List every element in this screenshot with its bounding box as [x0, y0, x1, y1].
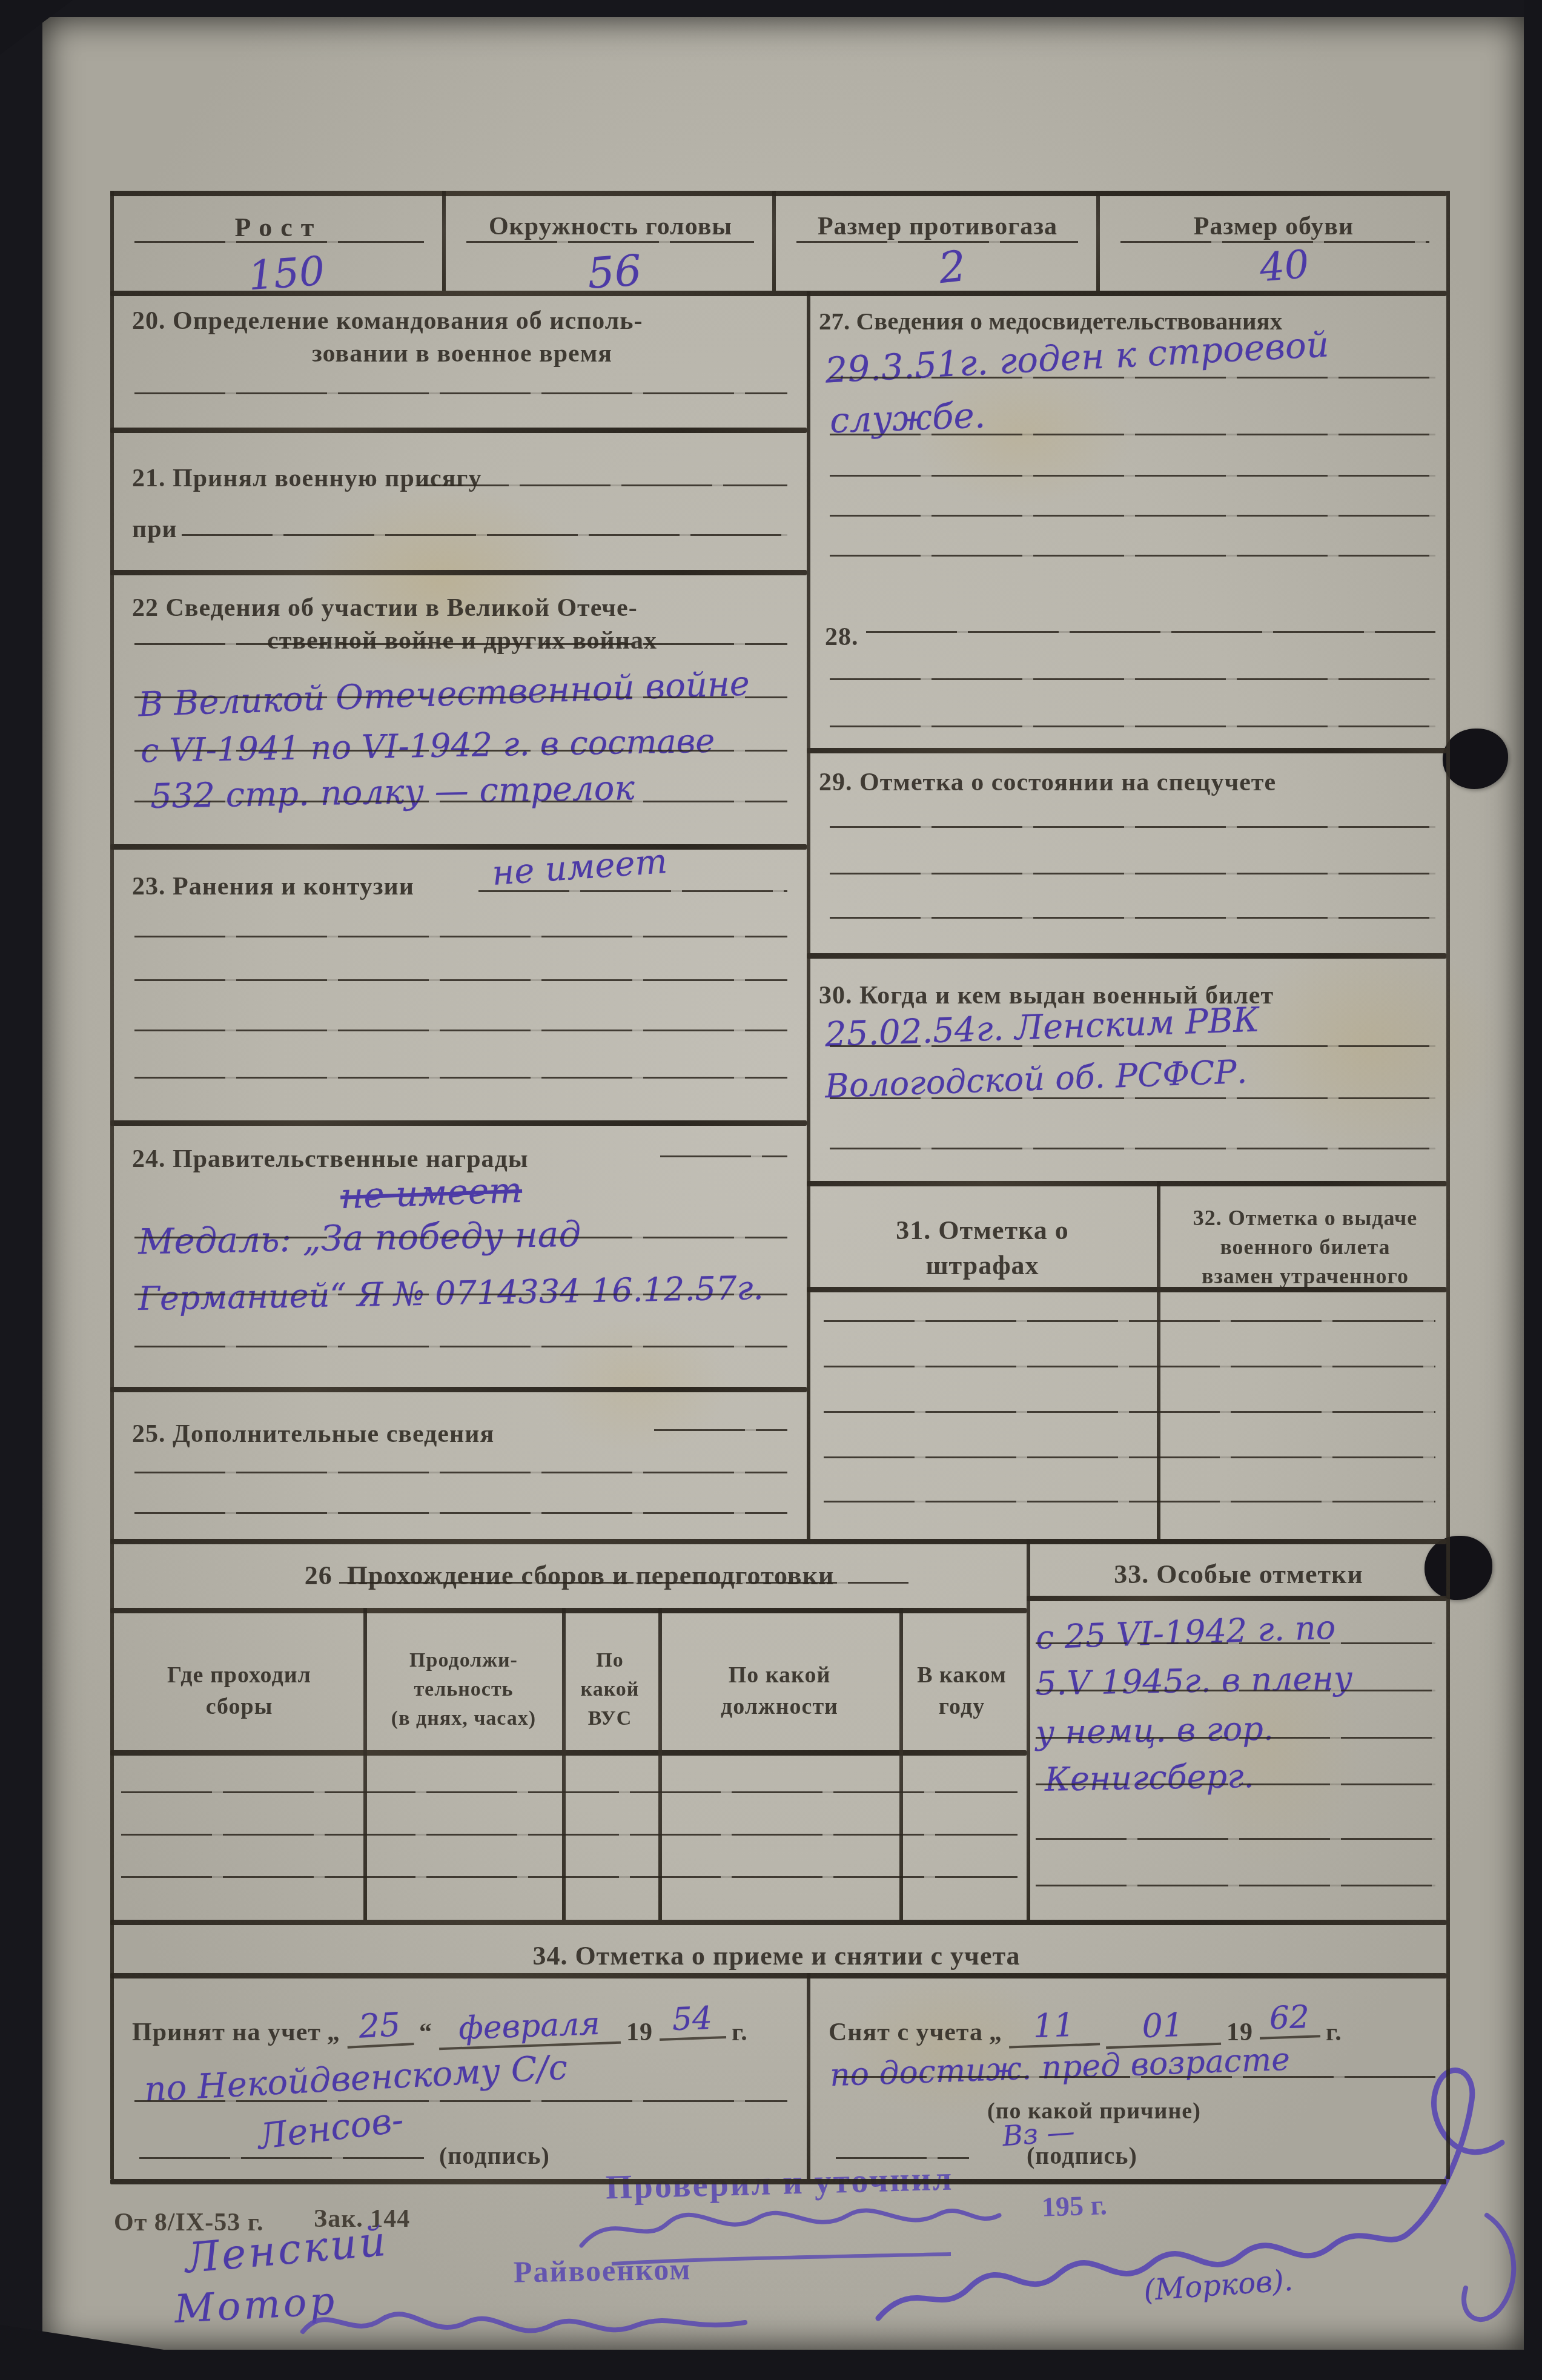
measure-header-rost: Рост — [115, 212, 442, 243]
rule-line — [866, 631, 1435, 633]
rule-line — [1036, 1737, 1435, 1739]
form-vertical-line — [807, 291, 810, 1539]
form-vertical-line — [899, 1608, 903, 1920]
section32-title-line3: взамен утраченного — [1160, 1263, 1451, 1289]
rule-line — [1036, 1690, 1435, 1691]
rule-line — [654, 1429, 787, 1431]
form-border-line — [807, 953, 1446, 959]
section22-hand-line1: В Великой Отечественной войне — [137, 664, 750, 724]
section33-hand-line1: с 25 VI-1942 г. по — [1035, 1608, 1336, 1656]
rule-line — [134, 392, 787, 394]
form-border-line — [110, 1920, 1446, 1925]
form-vertical-line — [1027, 1539, 1030, 1920]
rule-line — [121, 1791, 1018, 1793]
form-vertical-line — [772, 191, 776, 291]
rule-line — [830, 1097, 1435, 1099]
rule-line — [830, 917, 1435, 919]
rule-line — [134, 1346, 787, 1347]
rule-line — [824, 1320, 1435, 1322]
rule-line — [121, 1834, 1018, 1836]
section33-title: 33. Особые отметки — [1027, 1559, 1451, 1590]
rule-line — [182, 534, 787, 536]
form-vertical-line — [562, 1608, 566, 1920]
section34-left-podpis-label: (подпись) — [439, 2141, 550, 2170]
section32-title-line2: военного билета — [1160, 1234, 1451, 1260]
scan-edge-bottom — [0, 2350, 1542, 2380]
rule-line — [1120, 241, 1429, 243]
form-border-line — [110, 191, 1446, 196]
rule-line — [830, 1148, 1435, 1149]
form-border-line — [110, 844, 807, 850]
rule-line — [1036, 1838, 1435, 1840]
measure-value-shoes: 40 — [1258, 242, 1311, 291]
rule-line — [134, 1294, 787, 1295]
scan-edge-right — [1524, 0, 1542, 2380]
section26-col3-header: ПокакойВУС — [564, 1646, 655, 1733]
section33-hand-line2: 5.V 1945г. в плену — [1035, 1659, 1352, 1702]
section26-title: 26 Прохождение сборов и переподготовки — [115, 1560, 1024, 1591]
section21-label: 21. Принял военную присягу — [132, 464, 481, 493]
rule-line — [836, 2076, 1435, 2078]
form-border-line — [1027, 1596, 1446, 1601]
rule-line — [830, 475, 1435, 477]
section26-col2-header: Продолжи-тельность(в днях, часах) — [368, 1646, 559, 1733]
rule-line — [478, 890, 787, 892]
rule-line — [830, 1045, 1435, 1047]
rule-line — [134, 1030, 787, 1031]
rule-line — [830, 377, 1435, 378]
rule-line — [134, 979, 787, 981]
measure-header-shoes: Размер обуви — [1101, 212, 1446, 241]
form-border-line — [110, 1973, 1446, 1978]
section32-title: 32. Отметка о выдаче — [1160, 1205, 1451, 1231]
form-border-line — [110, 1539, 1446, 1544]
scanned-military-card-page: Рост Окружность головы Размер противогаз… — [0, 0, 1542, 2380]
rule-line — [134, 1472, 787, 1473]
section28-number: 28. — [825, 623, 859, 652]
rule-line — [830, 555, 1435, 557]
rule-line — [830, 434, 1435, 435]
form-vertical-line — [807, 1973, 810, 2179]
rule-line — [134, 1237, 787, 1238]
section33-hand-line4: Кенигсберг. — [1044, 1757, 1254, 1799]
form-border-line — [807, 1181, 1446, 1186]
form-vertical-line — [1157, 1181, 1160, 1539]
rule-line — [134, 801, 787, 802]
rule-line — [1036, 1885, 1435, 1886]
rule-line — [134, 696, 787, 698]
form-border-line — [110, 1387, 807, 1392]
rule-line — [134, 643, 787, 645]
rule-line — [134, 1077, 787, 1079]
measure-header-head: Окружность головы — [447, 212, 774, 241]
rule-line — [1036, 1783, 1435, 1785]
rule-line — [134, 241, 424, 243]
form-vertical-line — [1096, 191, 1100, 291]
section26-col1-header: Где проходилсборы — [115, 1659, 363, 1722]
form-vertical-line — [110, 191, 114, 2179]
section20-title-line2: зовании в военное время — [132, 339, 792, 368]
form-border-line — [807, 1287, 1446, 1292]
rule-line — [830, 515, 1435, 517]
rule-line — [824, 1501, 1435, 1502]
rule-line — [121, 1876, 1018, 1878]
rule-line — [824, 1411, 1435, 1413]
rule-line — [660, 1155, 787, 1157]
form-border-line — [110, 1608, 1027, 1613]
section23-label: 23. Ранения и контузии — [132, 872, 414, 901]
form-border-line — [110, 570, 807, 575]
form-border-line — [110, 1750, 1027, 1756]
rule-line — [339, 1582, 908, 1584]
rule-line — [139, 2157, 424, 2159]
section20-title: 20. Определение командования об исполь- — [132, 306, 643, 336]
rule-line — [830, 873, 1435, 874]
rule-line — [418, 484, 787, 486]
section34-left-dateline: Принят на учет „ 25 “ февраля 19 54 г. — [132, 2006, 748, 2047]
section24-hand-struck: не имеет — [340, 1169, 523, 1217]
form-vertical-line — [442, 191, 446, 291]
section31-title: 31. Отметка о — [807, 1215, 1158, 1246]
section34-title: 34. Отметка о приеме и снятии с учета — [110, 1940, 1443, 1971]
section34-left-signature: Ленсов- — [256, 2099, 406, 2158]
section22-title-line2: ственной войне и других войнах — [132, 626, 792, 655]
section31-title-line2: штрафах — [807, 1250, 1158, 1281]
rule-line — [830, 678, 1435, 680]
rule-line — [134, 2100, 787, 2102]
measure-value-gasmask: 2 — [936, 241, 968, 293]
section33-hand-line3: у немц. в гор. — [1035, 1710, 1274, 1752]
form-border-line — [110, 428, 807, 433]
punch-hole-bottom — [1425, 1536, 1492, 1600]
section29-title: 29. Отметка о состоянии на спецучете — [819, 768, 1276, 797]
rule-line — [134, 936, 787, 937]
measure-header-gasmask: Размер противогаза — [777, 212, 1098, 241]
form-border-line — [110, 291, 1446, 296]
section22-title: 22 Сведения об участии в Великой Отече- — [132, 593, 638, 623]
form-border-line — [110, 1120, 807, 1126]
section24-label: 24. Правительственные награды — [132, 1145, 529, 1174]
section26-col4-header: По какойдолжности — [661, 1659, 898, 1722]
section22-hand-line2: с VI-1941 по VI-1942 г. в составе — [141, 722, 715, 770]
rule-line — [830, 826, 1435, 828]
form-border-line — [110, 2179, 1446, 2184]
section22-hand-line3: 532 стр. полку — стрелок — [150, 769, 635, 816]
rule-line — [134, 750, 787, 752]
rule-line — [134, 1512, 787, 1514]
rule-line — [824, 1456, 1435, 1458]
section21-label2: при — [132, 515, 177, 544]
rule-line — [830, 726, 1435, 727]
rule-line — [1036, 1642, 1435, 1644]
rule-line — [466, 241, 754, 243]
form-vertical-line — [658, 1608, 662, 1920]
form-vertical-line — [1446, 191, 1450, 2179]
section25-label: 25. Дополнительные сведения — [132, 1420, 494, 1449]
paper-sheet: Рост Окружность головы Размер противогаз… — [42, 17, 1524, 2350]
form-vertical-line — [363, 1608, 367, 1920]
signature-flourish — [860, 2034, 1542, 2373]
rule-line — [836, 2157, 969, 2159]
section26-col5-header: В какомгоду — [901, 1659, 1022, 1722]
rule-line — [824, 1366, 1435, 1367]
form-border-line — [807, 748, 1446, 753]
punch-hole-top — [1443, 729, 1508, 789]
rule-line — [796, 241, 1078, 243]
